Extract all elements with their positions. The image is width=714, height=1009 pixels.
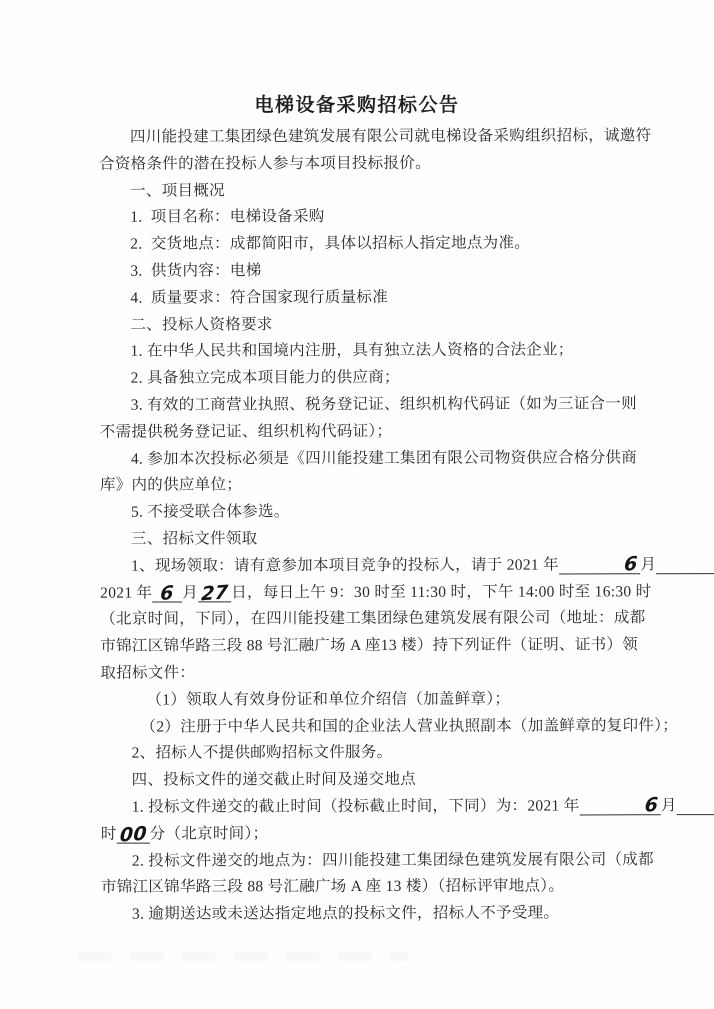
text-segment: 2021 年 [100, 584, 152, 601]
text-line: 不需提供税务登记证、组织机构代码证）； [100, 418, 630, 446]
handwritten-value: 30 [710, 795, 714, 818]
text-segment: 三、招标文件领取 [131, 530, 257, 547]
text-line: 1、现场领取：请有意参加本项目竞争的投标人，请于 2021 年6月25日至 [100, 552, 630, 580]
text-segment: 库》内的供应单位； [100, 477, 242, 494]
text-segment: 2. 具备独立完成本项目能力的供应商； [131, 369, 400, 387]
text-line: 三、招标文件领取 [100, 525, 630, 553]
text-segment: 4. 质量要求：符合国家现行质量标准 [130, 289, 388, 307]
text-segment: 3. 供货内容：电梯 [130, 262, 261, 279]
text-segment: 四、投标文件的递交截止时间及递交地点 [132, 771, 416, 789]
text-segment: 3. 有效的工商营业执照、税务登记证、组织机构代码证（如为三证合一则 [131, 395, 637, 413]
text-line: 四、投标文件的递交截止时间及递交地点 [101, 766, 631, 794]
text-segment: 2. 投标文件递交的地点为：四川能投建工集团绿色建筑发展有限公司（成都 [132, 851, 654, 869]
text-segment: 市锦江区锦华路三段 88 号汇融广场 A 座 13 楼）（招标评审地点）。 [101, 878, 564, 896]
text-segment: 月 [182, 584, 198, 601]
handwritten-blank: 30 [677, 795, 714, 815]
text-line: 1. 投标文件递交的截止时间（投标截止时间，下同）为：2021 年6月30日10 [101, 793, 631, 821]
handwritten-value: 00 [119, 824, 147, 845]
text-line: 4. 参加本次投标必须是《四川能投建工集团有限公司物资供应合格分供商 [100, 445, 630, 473]
text-segment: 1. 在中华人民共和国境内注册，具有独立法人资格的合法企业； [131, 342, 574, 360]
text-segment: 分（北京时间）； [150, 825, 269, 842]
text-segment: 1. 投标文件递交的截止时间（投标截止时间，下同）为：2021 年 [132, 797, 580, 815]
text-segment: 月 [661, 797, 677, 814]
scan-bleedthrough-artifact [78, 952, 408, 961]
text-segment: 日，每日上午 9：30 时至 11:30 时，下午 14:00 时至 16:30… [231, 583, 651, 601]
text-line: 时00分（北京时间）； [101, 820, 631, 848]
text-segment: （2）注册于中华人民共和国的企业法人营业执照副本（加盖鲜章的复印件）； [141, 717, 679, 735]
text-segment: 取招标文件： [100, 664, 195, 681]
text-line: 2. 交货地点：成都简阳市，具体以招标人指定地点为准。 [99, 230, 629, 258]
handwritten-value: 25 [690, 554, 714, 577]
handwritten-value: 6 [592, 554, 638, 576]
text-line: 二、投标人资格要求 [99, 311, 629, 339]
text-line: 2. 投标文件递交的地点为：四川能投建工集团绿色建筑发展有限公司（成都 [101, 847, 631, 875]
handwritten-blank: 6 [579, 795, 661, 815]
document-page: 电梯设备采购招标公告 四川能投建工集团绿色建筑发展有限公司就电梯设备采购组织招标… [0, 0, 714, 1009]
text-line: 2021 年6月27日，每日上午 9：30 时至 11:30 时，下午 14:0… [100, 579, 630, 607]
text-line: （北京时间，下同），在四川能投建工集团绿色建筑发展有限公司（地址：成都 [100, 606, 630, 634]
text-segment: 1、现场领取：请有意参加本项目竞争的投标人，请于 2021 年 [131, 556, 559, 574]
handwritten-blank: 25 [656, 554, 714, 574]
text-line: 一、项目概况 [99, 177, 629, 205]
text-line: 3. 有效的工商营业执照、税务登记证、组织机构代码证（如为三证合一则 [100, 391, 630, 419]
document-title: 电梯设备采购招标公告 [0, 90, 714, 117]
text-segment: 二、投标人资格要求 [130, 316, 272, 333]
text-segment: 一、项目概况 [130, 182, 225, 199]
text-segment: 合资格条件的潜在投标人参与本项目投标报价。 [99, 155, 431, 173]
handwritten-blank: 6 [152, 582, 182, 602]
text-line: 市锦江区锦华路三段 88 号汇融广场 A 座 13 楼）（招标评审地点）。 [101, 874, 631, 902]
text-segment: 月 [640, 556, 656, 573]
handwritten-value: 6 [160, 584, 175, 604]
handwritten-value: 27 [201, 583, 229, 604]
handwritten-value: 6 [613, 796, 659, 818]
text-line: 1. 在中华人民共和国境内注册，具有独立法人资格的合法企业； [100, 338, 630, 366]
text-segment: 3. 逾期送达或未送达指定地点的投标文件，招标人不予受理。 [132, 905, 559, 923]
text-line: 市锦江区锦华路三段 88 号汇融广场 A 座13 楼）持下列证件（证明、证书）领 [100, 632, 630, 660]
text-segment: 四川能投建工集团绿色建筑发展有限公司就电梯设备采购组织招标，诚邀符 [130, 127, 651, 145]
text-line: 4. 质量要求：符合国家现行质量标准 [99, 284, 629, 312]
handwritten-blank: 6 [559, 554, 641, 574]
text-line: 1. 项目名称：电梯设备采购 [99, 204, 629, 232]
text-segment: 5. 不接受联合体参选。 [131, 503, 290, 520]
handwritten-blank: 27 [198, 582, 231, 602]
text-line: 2. 具备独立完成本项目能力的供应商； [100, 364, 630, 392]
text-segment: （北京时间，下同），在四川能投建工集团绿色建筑发展有限公司（地址：成都 [100, 610, 645, 628]
text-segment: 2、招标人不提供邮购招标文件服务。 [132, 744, 393, 762]
text-line: 2、招标人不提供邮购招标文件服务。 [101, 740, 631, 768]
text-line: 库》内的供应单位； [100, 472, 630, 500]
text-segment: （1）领取人有效身份证和单位介绍信（加盖鲜章）； [146, 690, 510, 708]
text-segment: 2. 交货地点：成都简阳市，具体以招标人指定地点为准。 [130, 235, 530, 253]
document-body: 四川能投建工集团绿色建筑发展有限公司就电梯设备采购组织招标，诚邀符合资格条件的潜… [99, 123, 631, 928]
handwritten-blank: 00 [117, 823, 150, 843]
text-segment: 时 [101, 825, 117, 842]
text-line: 5. 不接受联合体参选。 [100, 498, 630, 526]
text-line: 取招标文件： [100, 659, 630, 687]
text-segment: 不需提供税务登记证、组织机构代码证）； [100, 423, 392, 441]
text-line: 四川能投建工集团绿色建筑发展有限公司就电梯设备采购组织招标，诚邀符 [99, 123, 629, 151]
text-line: 合资格条件的潜在投标人参与本项目投标报价。 [99, 150, 629, 178]
text-line: （2）注册于中华人民共和国的企业法人营业执照副本（加盖鲜章的复印件）； [100, 713, 630, 741]
text-segment: 1. 项目名称：电梯设备采购 [130, 208, 324, 226]
text-line: 3. 逾期送达或未送达指定地点的投标文件，招标人不予受理。 [101, 900, 631, 928]
text-segment: 市锦江区锦华路三段 88 号汇融广场 A 座13 楼）持下列证件（证明、证书）领 [100, 636, 638, 654]
text-line: （1）领取人有效身份证和单位介绍信（加盖鲜章）； [100, 686, 630, 714]
text-line: 3. 供货内容：电梯 [99, 257, 629, 285]
text-segment: 4. 参加本次投标必须是《四川能投建工集团有限公司物资供应合格分供商 [131, 449, 637, 467]
